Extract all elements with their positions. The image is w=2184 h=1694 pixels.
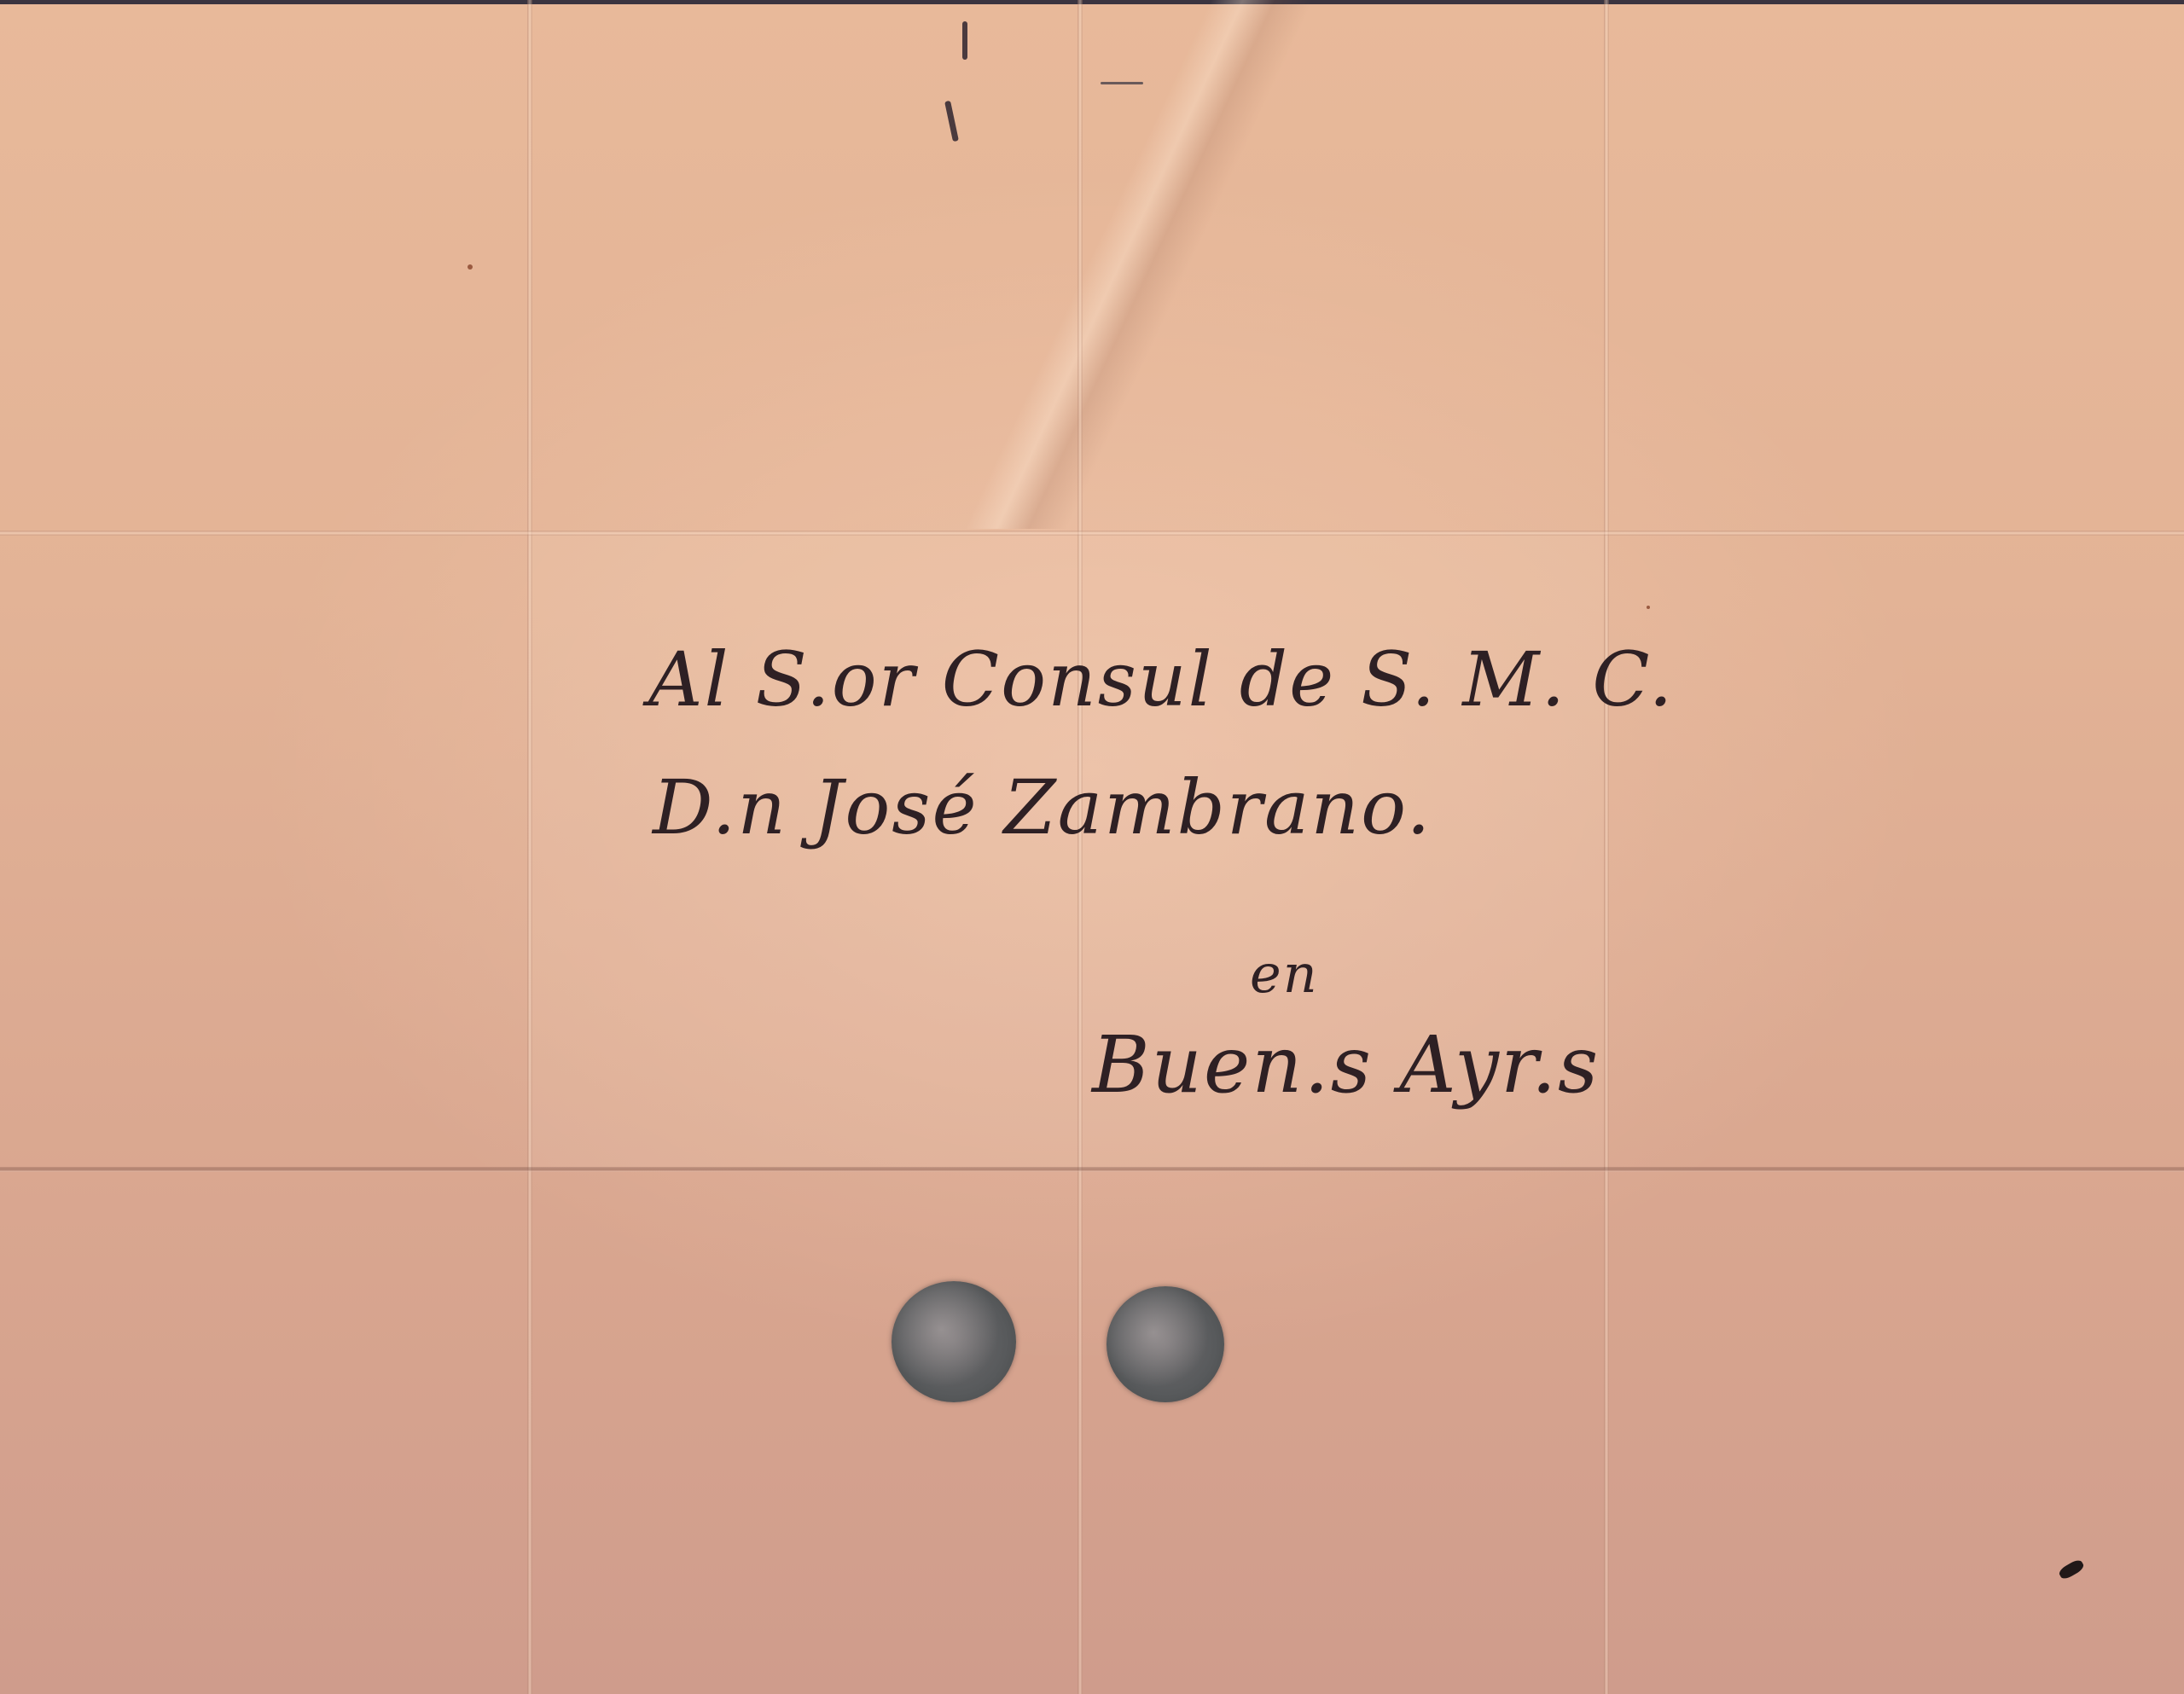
address-line-preposition: en [1250, 943, 1319, 1005]
foxing-spot [468, 264, 473, 270]
foxing-spot [1647, 606, 1650, 609]
tear-mark [962, 21, 967, 60]
fold-line-vertical-3 [1604, 0, 1609, 1694]
diagonal-crease [955, 0, 1348, 529]
wax-seal-right [1107, 1286, 1224, 1402]
tear-mark [1101, 82, 1143, 84]
fold-line-horizontal-1 [0, 531, 2184, 536]
fold-line-vertical-1 [527, 0, 532, 1694]
address-line-recipient-title: Al S.or Consul de S. M. C. [648, 635, 1674, 723]
wax-seal-left [892, 1281, 1016, 1402]
fold-line-horizontal-2 [0, 1167, 2184, 1172]
address-line-recipient-name: D.n José Zambrano. [653, 763, 1432, 851]
address-line-city: Buen.s Ayr.s [1092, 1019, 1600, 1111]
